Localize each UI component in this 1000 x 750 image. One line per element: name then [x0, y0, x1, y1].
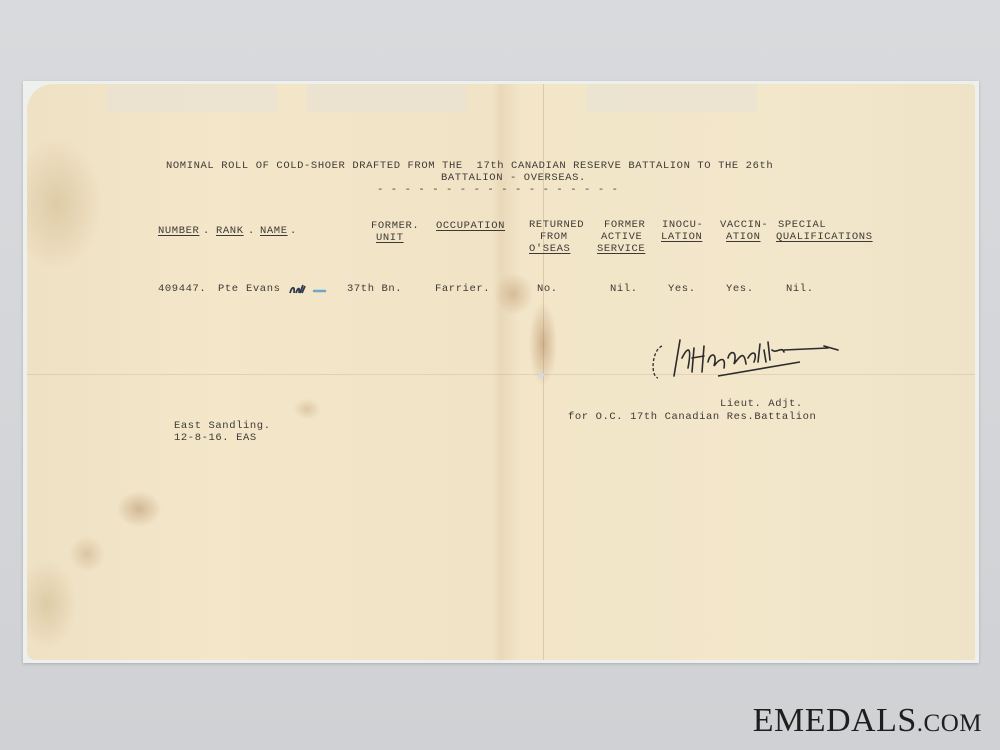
- watermark-suffix: .COM: [917, 710, 982, 737]
- signature: [648, 328, 888, 388]
- cell-vaccination: Yes.: [726, 283, 754, 295]
- cell-rank: Pte: [218, 283, 239, 295]
- header-sep: .: [248, 225, 255, 237]
- header-name: NAME: [260, 225, 288, 237]
- header-returned-3: O'SEAS: [529, 243, 570, 255]
- place: East Sandling.: [174, 420, 271, 432]
- header-former-unit-1: FORMER.: [371, 220, 419, 232]
- emedals-watermark: EMEDALS.COM: [753, 702, 982, 740]
- header-occupation: OCCUPATION: [436, 220, 505, 232]
- handwritten-mark-icon: [288, 284, 328, 296]
- header-returned-2: FROM: [540, 231, 568, 243]
- header-vacc-1: VACCIN-: [720, 219, 768, 231]
- cell-inoculation: Yes.: [668, 283, 696, 295]
- header-active-2: ACTIVE: [601, 231, 642, 243]
- cell-name: Evans: [246, 283, 281, 295]
- tape-strip: [307, 84, 467, 112]
- header-number: NUMBER: [158, 225, 199, 237]
- header-special-2: QUALIFICATIONS: [776, 231, 873, 243]
- header-former-unit-2: UNIT: [376, 232, 404, 244]
- cell-special: Nil.: [786, 283, 814, 295]
- tape-strip: [107, 84, 277, 112]
- title-rule: - - - - - - - - - - - - - - - - - -: [377, 184, 619, 196]
- header-special-1: SPECIAL: [778, 219, 826, 231]
- document-title-line2: BATTALION - OVERSEAS.: [441, 172, 586, 184]
- header-active-3: SERVICE: [597, 243, 645, 255]
- cell-returned: No.: [537, 283, 558, 295]
- watermark-brand: EMEDALS: [753, 702, 917, 739]
- pin-hole: [538, 372, 544, 378]
- header-rank: RANK: [216, 225, 244, 237]
- cell-number: 409447.: [158, 283, 206, 295]
- date-reference: 12-8-16. EAS: [174, 432, 257, 444]
- tape-strip: [587, 84, 757, 112]
- cell-active-service: Nil.: [610, 283, 638, 295]
- signature-for: for O.C. 17th Canadian Res.Battalion: [568, 411, 816, 423]
- signature-title: Lieut. Adjt.: [720, 398, 803, 410]
- document-title-line1: NOMINAL ROLL OF COLD-SHOER DRAFTED FROM …: [166, 160, 773, 172]
- header-vacc-2: ATION: [726, 231, 761, 243]
- cell-former-unit: 37th Bn.: [347, 283, 402, 295]
- header-active-1: FORMER: [604, 219, 645, 231]
- header-inoc-2: LATION: [661, 231, 702, 243]
- cell-occupation: Farrier.: [435, 283, 490, 295]
- header-returned-1: RETURNED: [529, 219, 584, 231]
- header-sep: .: [290, 225, 297, 237]
- header-sep: .: [203, 225, 210, 237]
- header-inoc-1: INOCU-: [662, 219, 703, 231]
